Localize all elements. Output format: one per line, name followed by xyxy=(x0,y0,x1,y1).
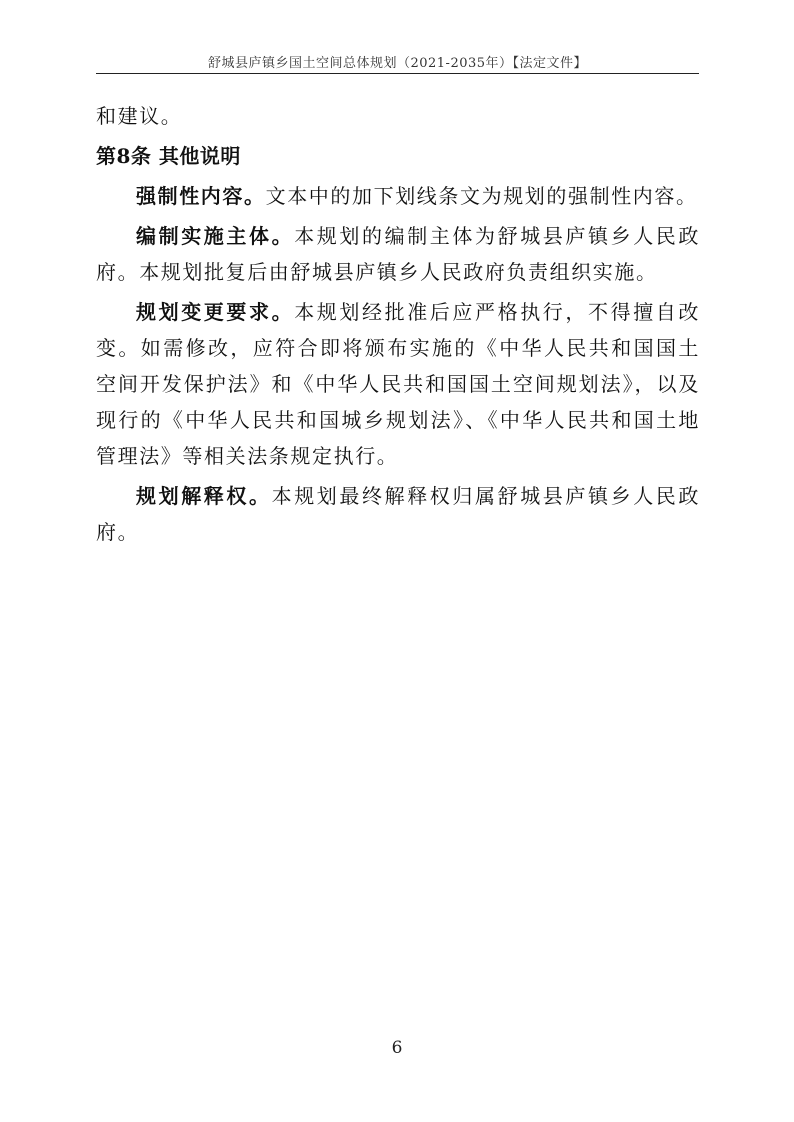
section-heading: 第8条 其他说明 xyxy=(96,138,700,174)
continuation-text: 和建议。 xyxy=(96,98,700,134)
paragraph-lead: 规划解释权。 xyxy=(136,484,272,508)
paragraph-text: 本规划经批准后应严格执行，不得擅自改变。如需修改，应符合即将颁布实施的《中华人民… xyxy=(96,300,700,468)
paragraph-interpretation-right: 规划解释权。本规划最终解释权归属舒城县庐镇乡人民政府。 xyxy=(96,478,700,550)
paragraph-text: 文本中的加下划线条文为规划的强制性内容。 xyxy=(266,184,698,208)
paragraph-mandatory-content: 强制性内容。文本中的加下划线条文为规划的强制性内容。 xyxy=(96,178,700,214)
paragraph-implementing-body: 编制实施主体。本规划的编制主体为舒城县庐镇乡人民政府。本规划批复后由舒城县庐镇乡… xyxy=(96,218,700,290)
header-divider xyxy=(96,73,699,74)
paragraph-lead: 强制性内容。 xyxy=(136,184,266,208)
page-number: 6 xyxy=(0,1038,794,1058)
paragraph-lead: 编制实施主体。 xyxy=(136,224,294,248)
paragraph-change-requirements: 规划变更要求。本规划经批准后应严格执行，不得擅自改变。如需修改，应符合即将颁布实… xyxy=(96,294,700,474)
paragraph-lead: 规划变更要求。 xyxy=(136,300,294,324)
running-header: 舒城县庐镇乡国土空间总体规划（2021-2035年）【法定文件】 xyxy=(96,52,699,71)
document-body: 和建议。 第8条 其他说明 强制性内容。文本中的加下划线条文为规划的强制性内容。… xyxy=(96,98,700,550)
